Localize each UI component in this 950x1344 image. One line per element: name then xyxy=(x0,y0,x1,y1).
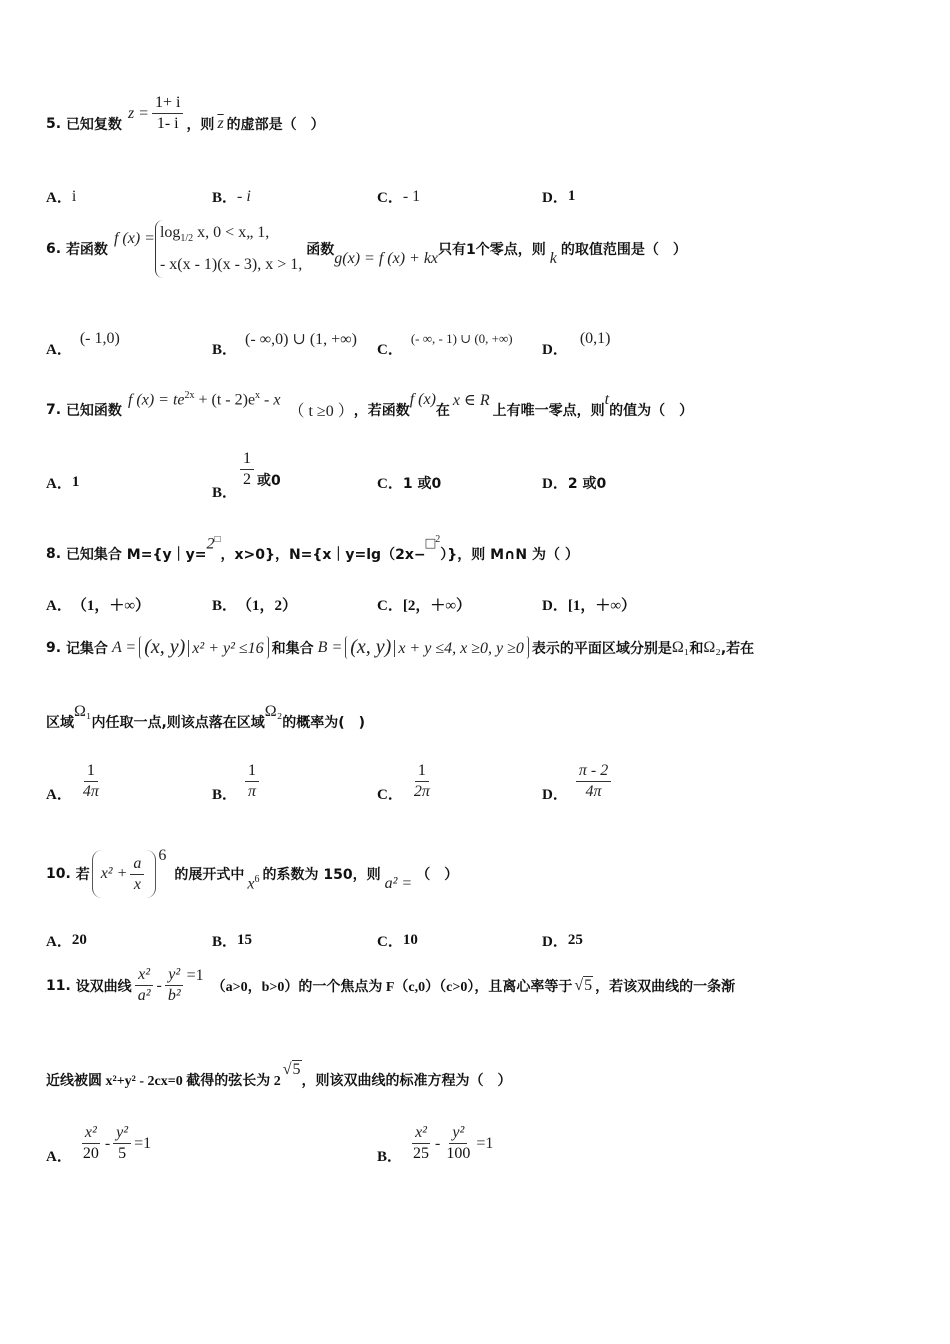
option-c[interactable]: C．[2，＋∞） xyxy=(377,594,471,615)
option-d[interactable]: D．π - 24π xyxy=(542,762,614,801)
question-10-stem: 10. 若 x² +ax 6 的展开式中 x6 的系数为 150，则 a² = … xyxy=(46,850,458,898)
question-9-stem-line2: 区域 Ω₁ 内任取一点,则该点落在区域 Ω₂ 的概率为( ) xyxy=(46,712,365,732)
option-a[interactable]: A．14π xyxy=(46,762,105,801)
option-a[interactable]: A．i xyxy=(46,186,76,207)
option-b[interactable]: B．12或0 xyxy=(212,450,281,489)
binomial: x² +ax xyxy=(92,850,157,898)
option-b[interactable]: B．1π xyxy=(212,762,262,801)
question-7-stem: 7. 已知函数 f (x) = te2x + (t - 2)ex - x （ t… xyxy=(46,398,693,421)
option-d[interactable]: D．[1，＋∞） xyxy=(542,594,636,615)
option-c[interactable]: C．(- ∞, - 1) ∪ (0, +∞) xyxy=(377,328,513,349)
question-11-stem-line2: 近线被圆 x²+y² - 2cx=0 截得的弦长为 2 √5 ，则该双曲线的标准… xyxy=(46,1070,512,1090)
question-number: 5. xyxy=(46,116,61,132)
option-d[interactable]: D．(0,1) xyxy=(542,328,611,349)
piecewise-function: log1/2 x, 0 < x„ 1, - x(x - 1)(x - 3), x… xyxy=(155,220,302,278)
option-b[interactable]: B．- i xyxy=(212,186,251,207)
option-a[interactable]: A．(- 1,0) xyxy=(46,328,120,349)
option-b[interactable]: B．（1，2） xyxy=(212,594,297,615)
question-5-stem: 5. 已知复数 z = 1+ i1- i ，则 z 的虚部是（ ） xyxy=(46,104,325,143)
option-a[interactable]: A．20 xyxy=(46,930,87,951)
question-11-stem: 11. 设双曲线 x²a² - y²b² =1 （a>0，b>0）的一个焦点为 … xyxy=(46,966,735,1005)
set-b: (x, y)x + y ≤4, x ≥0, y ≥0 xyxy=(345,636,529,659)
option-c[interactable]: C．- 1 xyxy=(377,186,420,207)
option-d[interactable]: D．1 xyxy=(542,186,575,207)
option-d[interactable]: D．2 或0 xyxy=(542,472,606,493)
question-9-stem: 9. 记集合 A = (x, y)x² + y² ≤16 和集合 B = (x,… xyxy=(46,636,754,659)
option-b[interactable]: B．15 xyxy=(212,930,252,951)
option-a[interactable]: A． x²20 - y²5 =1 xyxy=(46,1124,151,1163)
option-c[interactable]: C．1 或0 xyxy=(377,472,441,493)
set-a: (x, y)x² + y² ≤16 xyxy=(139,636,268,659)
option-b[interactable]: B． x²25 - y²100 =1 xyxy=(377,1124,493,1163)
question-8-stem: 8. 已知集合 M={y｜y= 2□ ，x>0}，N={x｜y=lg（2x− □… xyxy=(46,544,579,564)
option-c[interactable]: C．12π xyxy=(377,762,436,801)
option-d[interactable]: D．25 xyxy=(542,930,583,951)
fraction: 1+ i1- i xyxy=(152,94,183,133)
question-6-stem: 6. 若函数 f (x) = log1/2 x, 0 < x„ 1, - x(x… xyxy=(46,220,687,278)
option-a[interactable]: A．1 xyxy=(46,472,79,493)
option-b[interactable]: B．(- ∞,0) ∪ (1, +∞) xyxy=(212,328,357,349)
option-a[interactable]: A．（1，＋∞） xyxy=(46,594,150,615)
option-c[interactable]: C．10 xyxy=(377,930,418,951)
